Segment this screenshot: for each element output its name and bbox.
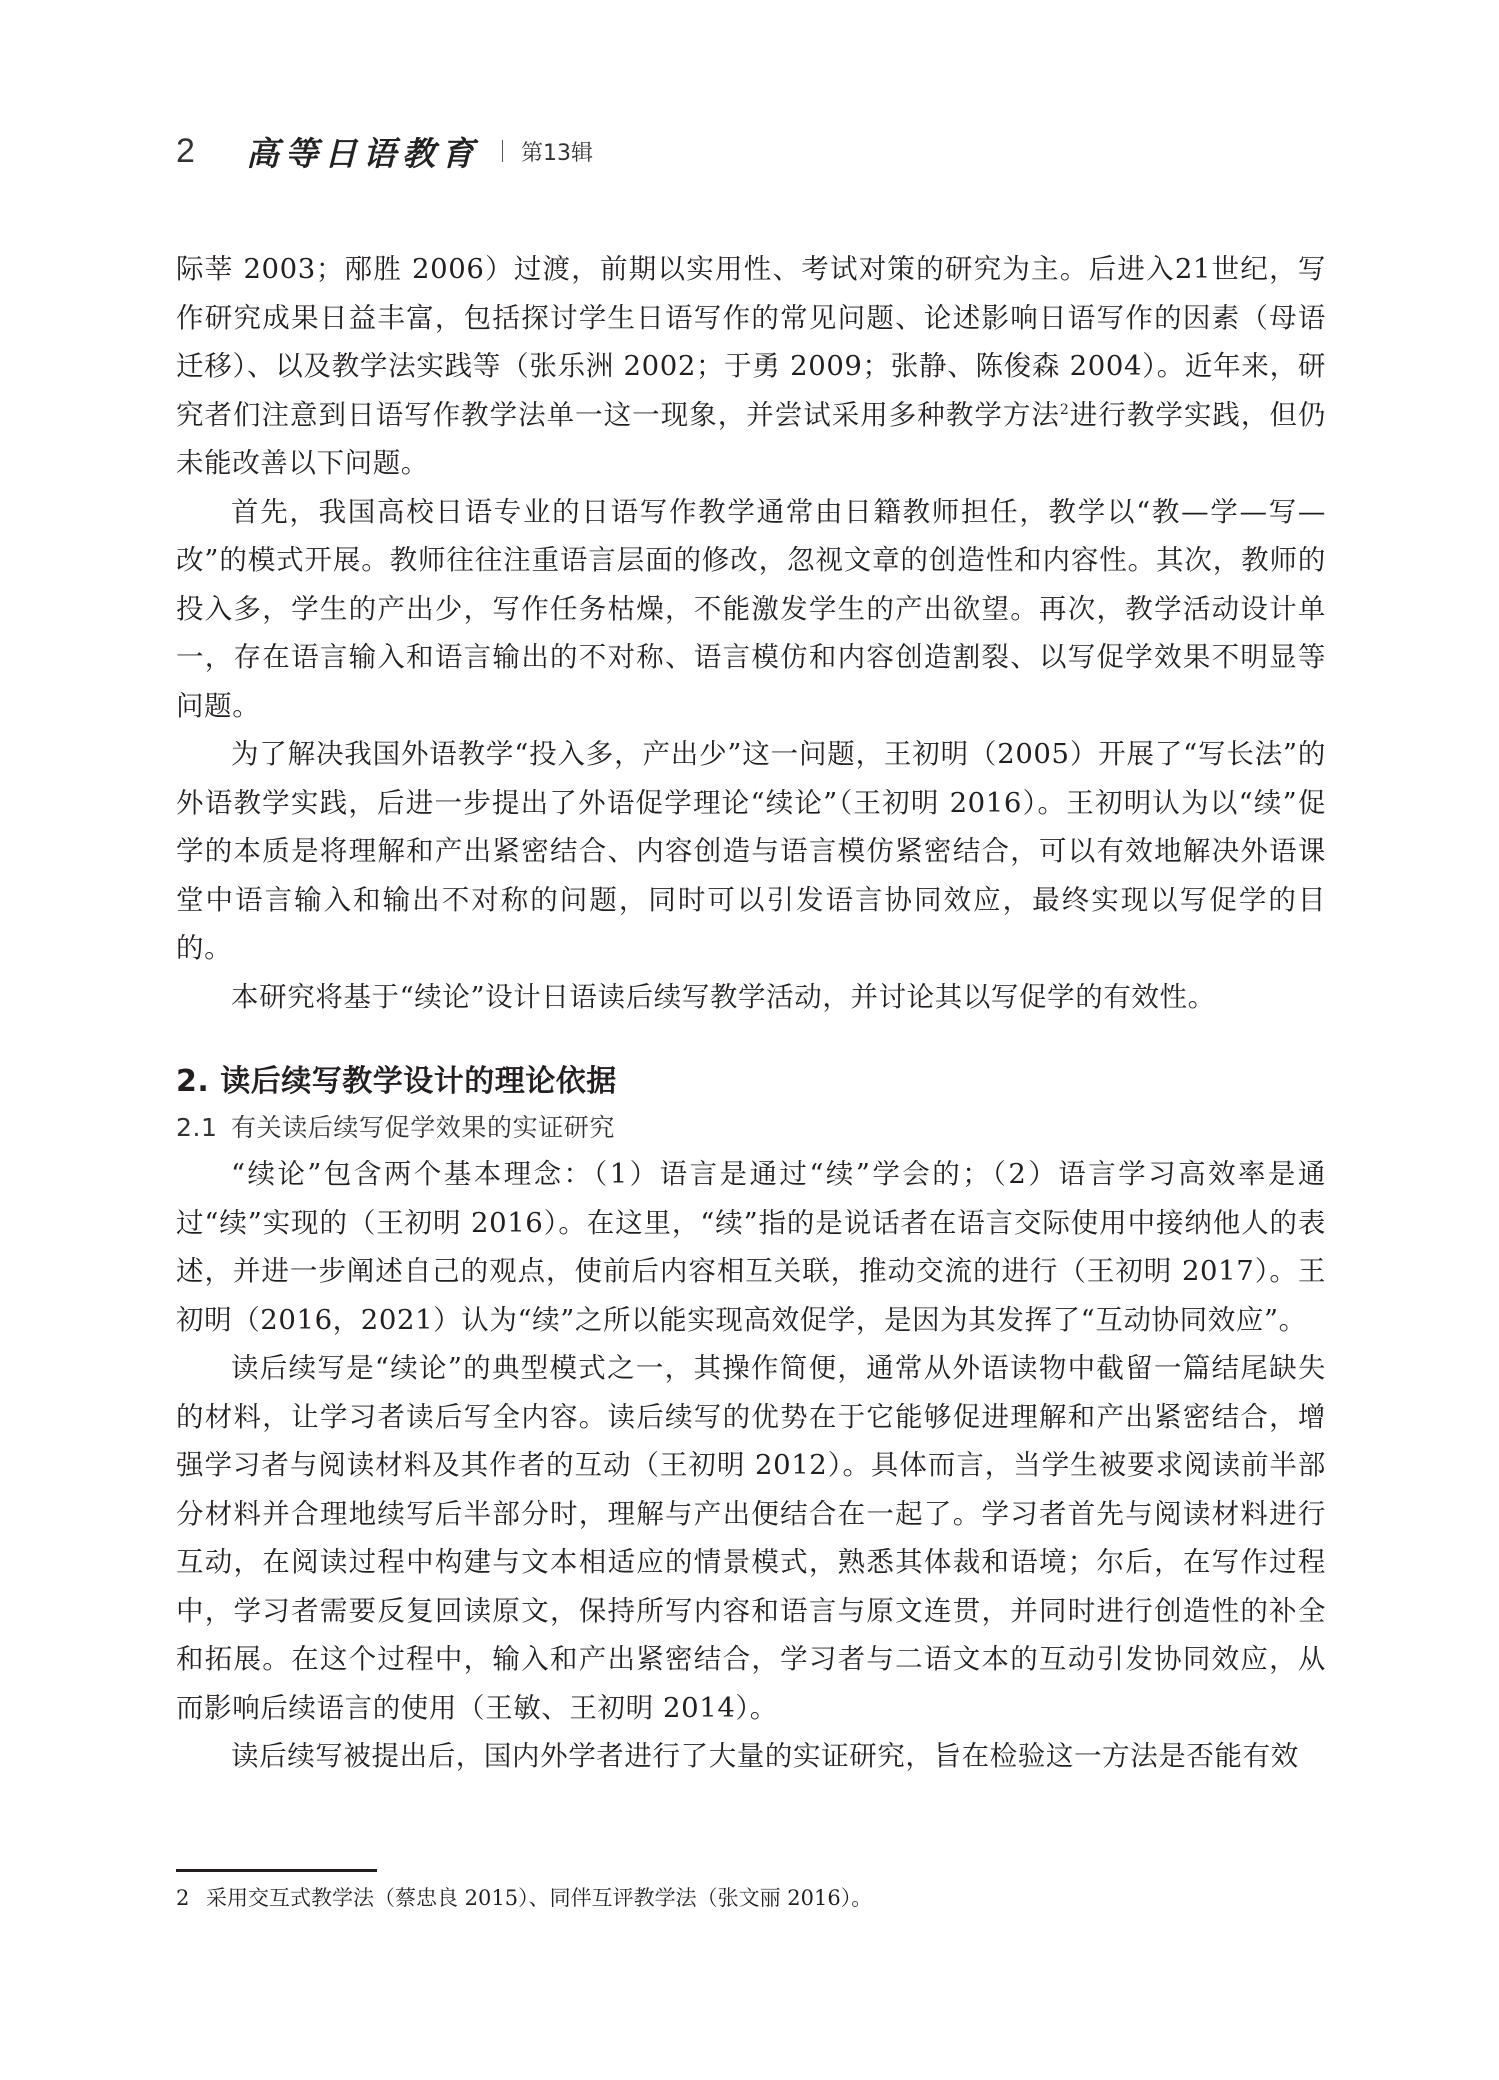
section-heading: 2. 读后续写教学设计的理论依据	[176, 1058, 1326, 1106]
paragraph: 本研究将基于“续论”设计日语读后续写教学活动，并讨论其以写促学的有效性。	[176, 973, 1326, 1022]
footnote-number: 2	[176, 1880, 206, 1916]
running-head: 2 高等日语教育 第13辑	[176, 128, 593, 174]
footnote-divider	[176, 1869, 377, 1872]
paragraph: 读后续写被提出后，国内外学者进行了大量的实证研究，旨在检验这一方法是否能有效	[176, 1732, 1326, 1781]
page-number: 2	[176, 132, 246, 171]
footnote-text: 采用交互式教学法（蔡忠良 2015）、同伴互评教学法（张文丽 2016）。	[206, 1886, 872, 1910]
subsection-heading: 2.1有关读后续写促学效果的实证研究	[176, 1106, 1326, 1150]
journal-title: 高等日语教育	[246, 128, 480, 175]
paragraph-continued: 际莘 2003；邴胜 2006）过渡，前期以实用性、考试对策的研究为主。后进入2…	[176, 245, 1326, 488]
footnote-ref[interactable]: 2	[1060, 401, 1070, 417]
paragraph: “续论”包含两个基本理念：（1）语言是通过“续”学会的；（2）语言学习高效率是通…	[176, 1150, 1326, 1344]
paragraph: 首先，我国高校日语专业的日语写作教学通常由日籍教师担任，教学以“教—学—写—改”…	[176, 488, 1326, 731]
paragraph: 为了解决我国外语教学“投入多，产出少”这一问题，王初明（2005）开展了“写长法…	[176, 730, 1326, 973]
subsection-title: 有关读后续写促学效果的实证研究	[231, 1113, 615, 1142]
header-separator	[502, 140, 503, 162]
subsection-number: 2.1	[176, 1106, 231, 1150]
paragraph: 读后续写是“续论”的典型模式之一，其操作简便，通常从外语读物中截留一篇结尾缺失的…	[176, 1344, 1326, 1732]
issue-label: 第13辑	[521, 136, 593, 167]
footnote: 2采用交互式教学法（蔡忠良 2015）、同伴互评教学法（张文丽 2016）。	[176, 1880, 1326, 1916]
article-body: 际莘 2003；邴胜 2006）过渡，前期以实用性、考试对策的研究为主。后进入2…	[176, 245, 1326, 1781]
